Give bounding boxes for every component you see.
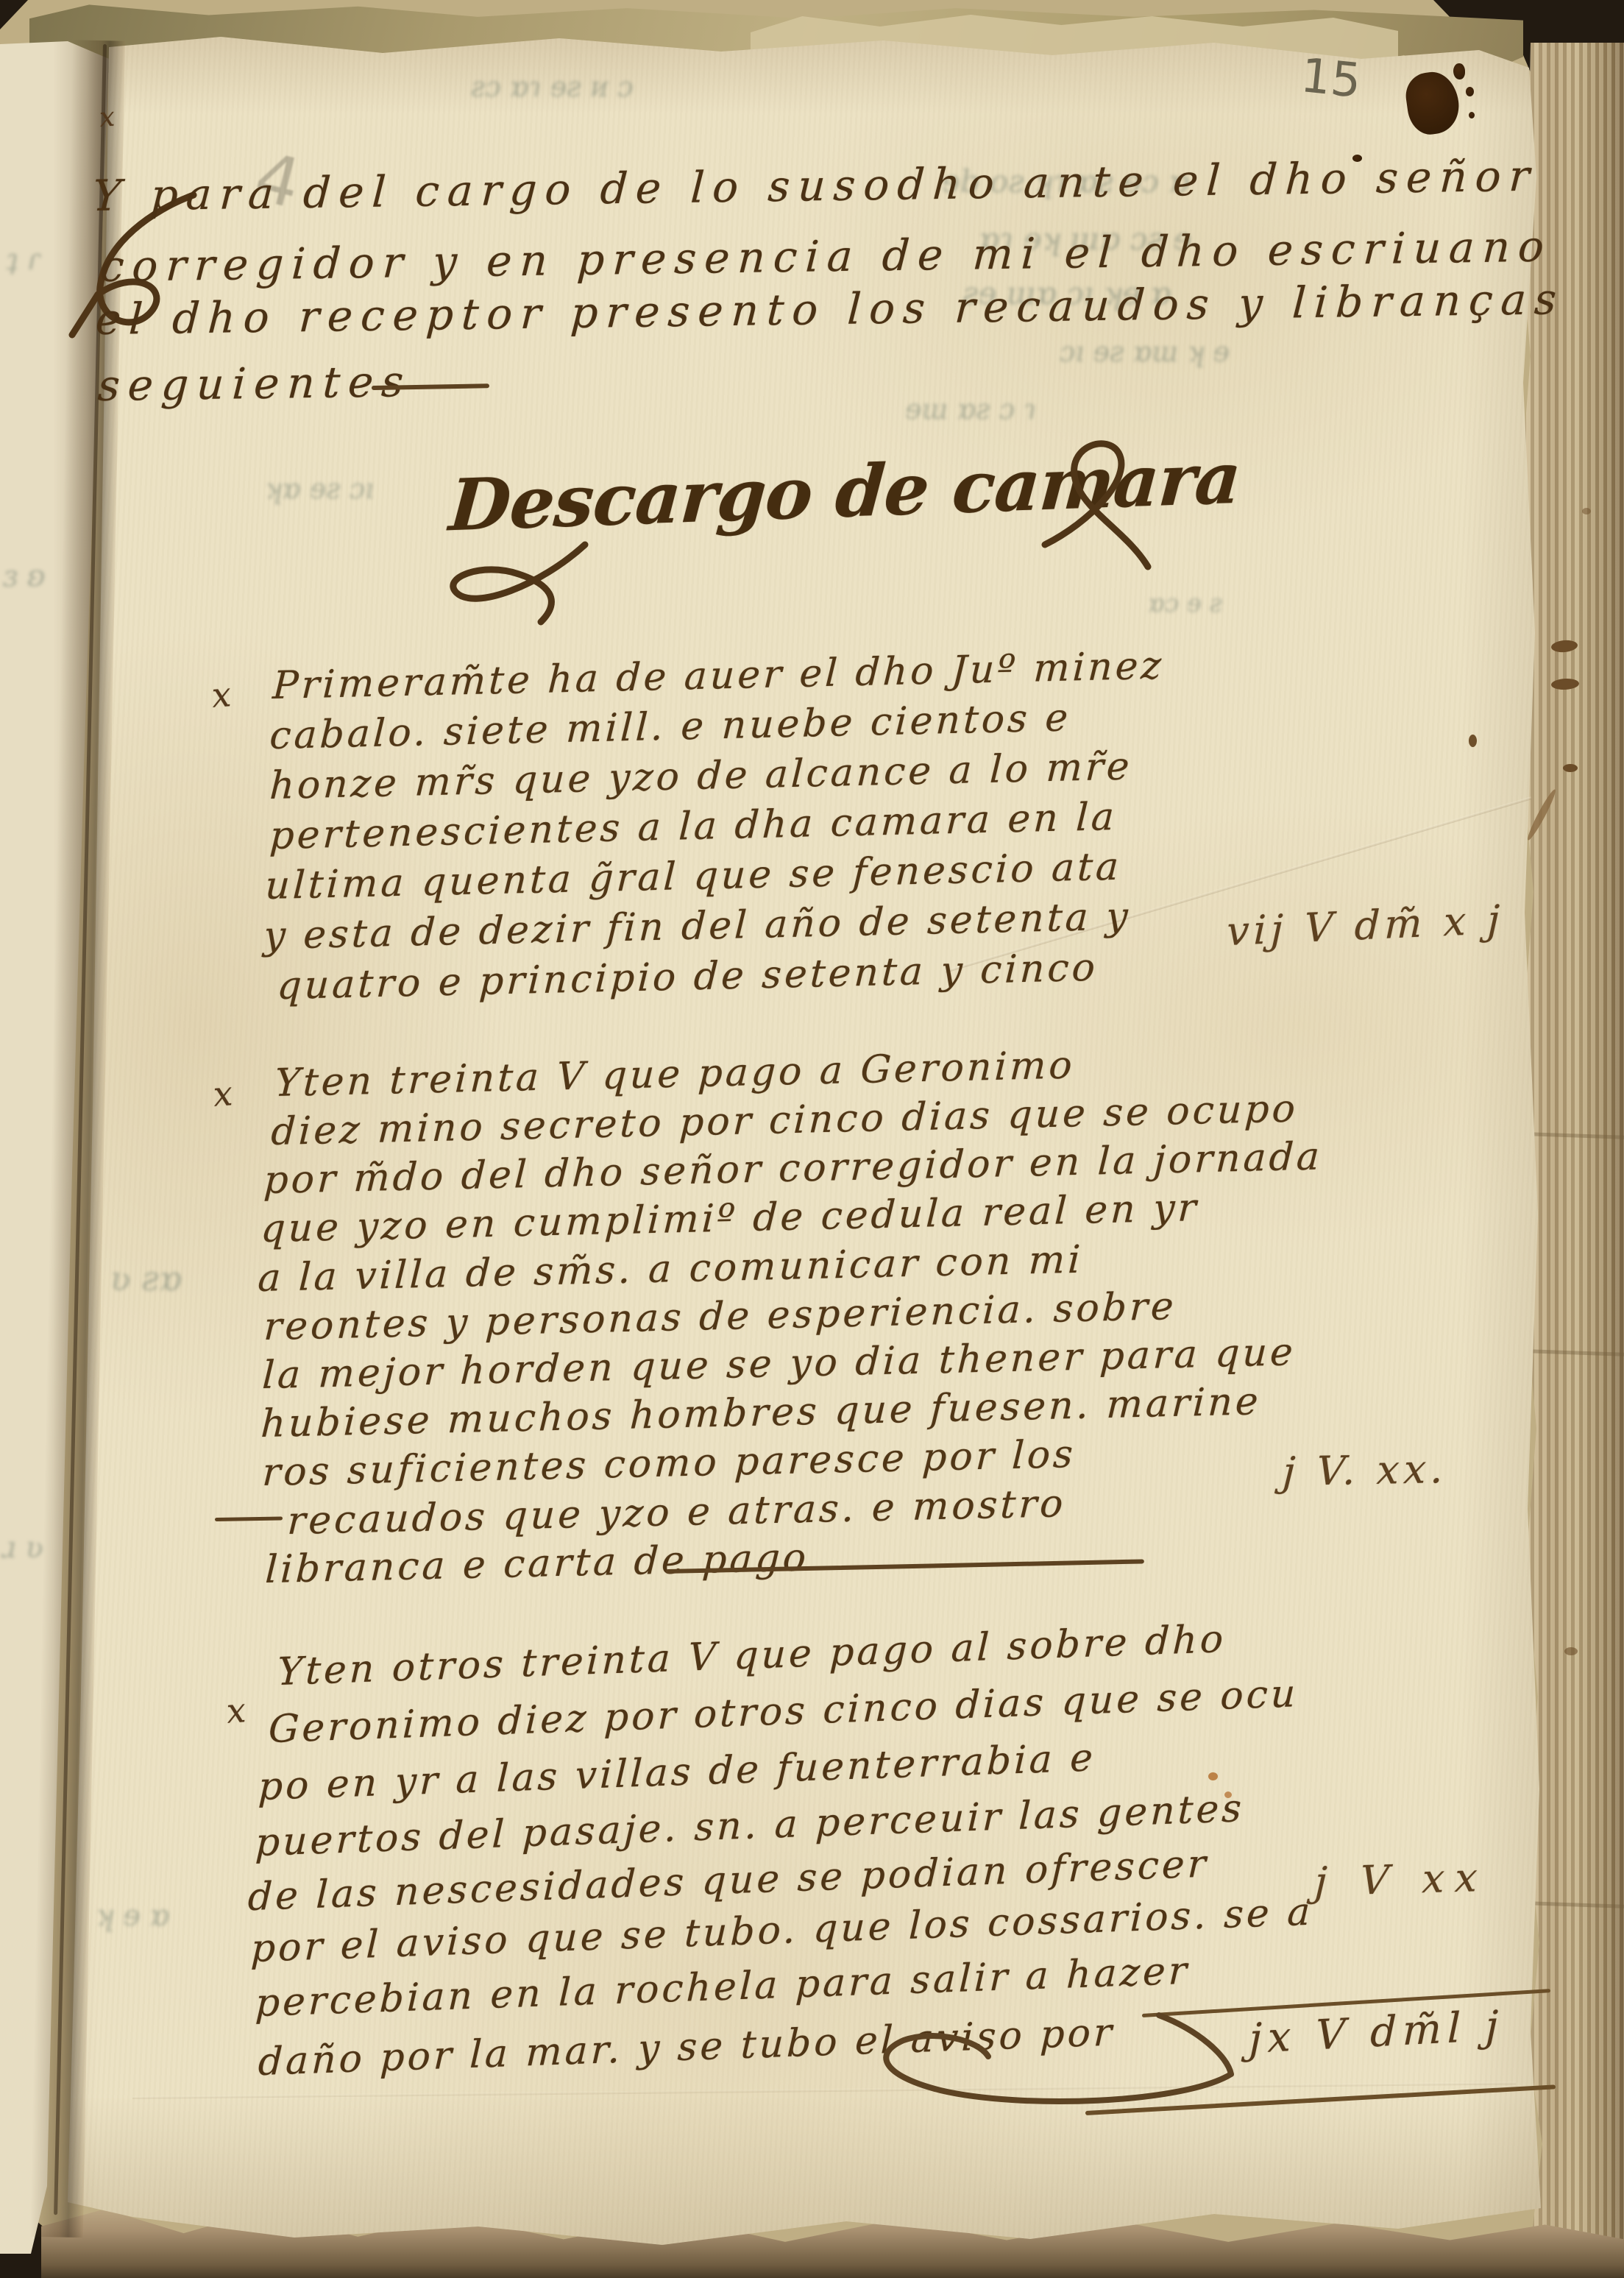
bleed-through-line: ʇ ɾ — [6, 243, 40, 277]
bleed-through-line: ʞ ɘ ɒ — [96, 1899, 169, 1933]
marginal-cross: x — [99, 102, 116, 133]
bleed-through-line: ɒɔ ɘ ƨ — [1148, 589, 1222, 618]
bleed-through-line: ƨɔ ɒɿ ɘƨ ᴎ ɔ — [471, 71, 634, 103]
ink-blot-spatter — [1469, 112, 1475, 119]
wormhole-spot — [1563, 764, 1578, 772]
bleed-through-line: ɘɯ ɒƨ ɔ ɿ — [905, 393, 1036, 425]
title-end-swash — [1030, 434, 1155, 581]
manuscript-photo: ƨɔ ɒɿ ɘƨ ᴎ ɔ ɘb oƨ ʞɿ ɒƨ ɘɔ ɒ ɒɿ ɘʞ ɯɒ ɔ… — [0, 0, 1624, 2278]
wormhole-spot — [1564, 1647, 1578, 1655]
marginal-cross: x — [212, 1073, 234, 1114]
wormhole-spot — [1582, 508, 1591, 514]
marginal-cross: x — [225, 1690, 247, 1731]
marginal-amount: j V xx — [1313, 1854, 1489, 1905]
folio-number: 15 — [1298, 49, 1364, 109]
title-descender-loop — [430, 541, 622, 637]
bleed-through-line: ʞɒ ɘƨ ɔı — [265, 473, 374, 505]
bleed-through-line: ɹ ʋ — [1, 1531, 43, 1565]
ink-blot-spatter — [1453, 63, 1465, 79]
wormhole-spot — [1469, 735, 1477, 747]
marginal-cross: x — [210, 674, 233, 715]
rust-spot — [1208, 1772, 1218, 1780]
bleed-through-line: ʋ ƨɒ — [110, 1259, 182, 1298]
ink-blot-spatter — [1466, 87, 1474, 96]
marginal-amount: j V. xx. — [1282, 1446, 1449, 1495]
total-flourish — [830, 1986, 1308, 2115]
bleed-through-line: ɔı ɘƨ ɒɯ ʞ ɘ — [1060, 336, 1230, 368]
manuscript-line: seguientes — [96, 356, 413, 411]
bleed-through-line: ɜ ʚ — [3, 559, 46, 593]
